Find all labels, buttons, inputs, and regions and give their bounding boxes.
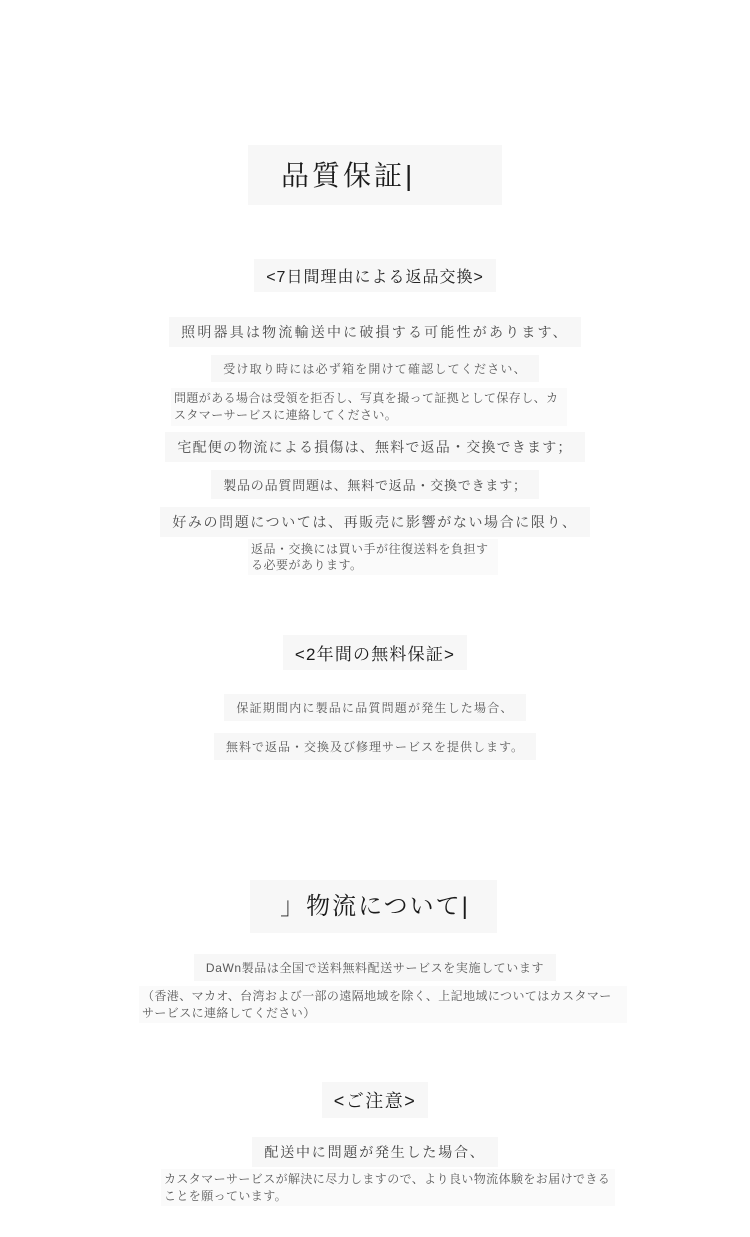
preference-issue-line: 好みの問題については、再販売に影響がない場合に限り、 [0,507,750,537]
shipping-damage-line: 宅配便の物流による損傷は、無料で返品・交換できます； [0,432,750,462]
free-shipping-text: DaWn製品は全国で送料無料配送サービスを実施しています [194,954,556,981]
preference-issue-text: 好みの問題については、再販売に影響がない場合に限り、 [160,507,589,537]
warranty-service-line: 無料で返品・交換及び修理サービスを提供します。 [0,733,750,760]
warranty-condition-text: 保証期間内に製品に品質問題が発生した場合、 [224,694,525,721]
logistics-title-line: 」物流について| [0,891,750,923]
return-exchange-heading: <7日間理由による返品交換> [254,259,496,292]
return-exchange-heading-line: <7日間理由による返品交換> [0,259,750,292]
logistics-section-title: 」物流について| [280,893,470,920]
delivery-issue-line: 配送中に問題が発生した場合、 [0,1137,750,1167]
buyer-pays-text: 返品・交換には買い手が往復送料を負担する必要があります。 [248,539,498,575]
quality-issue-line: 製品の品質問題は、無料で返品・交換できます； [0,470,750,499]
warranty-service-text: 無料で返品・交換及び修理サービスを提供します。 [214,733,536,760]
notice-heading: <ご注意> [322,1082,429,1118]
inspect-note-text: 受け取り時には必ず箱を開けて確認してください、 [211,355,539,382]
warranty-heading-line: <2年間の無料保証> [0,635,750,670]
damage-note-line: 照明器具は物流輸送中に破損する可能性があります、 [0,317,750,347]
damage-note-text: 照明器具は物流輸送中に破損する可能性があります、 [169,317,581,347]
free-shipping-line: DaWn製品は全国で送料無料配送サービスを実施しています [0,954,750,981]
shipping-exclusions-text: （香港、マカオ、台湾および一部の遠隔地域を除く、上記地域についてはカスタマーサー… [139,986,627,1023]
refuse-note-text: 問題がある場合は受領を拒否し、写真を撮って証拠として保存し、カスタマーサービスに… [171,388,567,426]
warranty-condition-line: 保証期間内に製品に品質問題が発生した場合、 [0,694,750,721]
shipping-damage-text: 宅配便の物流による損傷は、無料で返品・交換できます； [165,432,584,462]
delivery-issue-text: 配送中に問題が発生した場合、 [252,1137,497,1167]
inspect-note-line: 受け取り時には必ず箱を開けて確認してください、 [0,355,750,382]
service-commitment-text: カスタマーサービスが解決に尽力しますので、より良い物流体験をお届けできることを願… [161,1169,615,1206]
quality-issue-text: 製品の品質問題は、無料で返品・交換できます； [211,470,539,499]
product-description-page: 品質保証| <7日間理由による返品交換> 照明器具は物流輸送中に破損する可能性が… [0,0,750,1237]
quality-section-title: 品質保証| [281,158,415,194]
warranty-heading: <2年間の無料保証> [283,635,467,670]
notice-heading-line: <ご注意> [0,1082,750,1118]
